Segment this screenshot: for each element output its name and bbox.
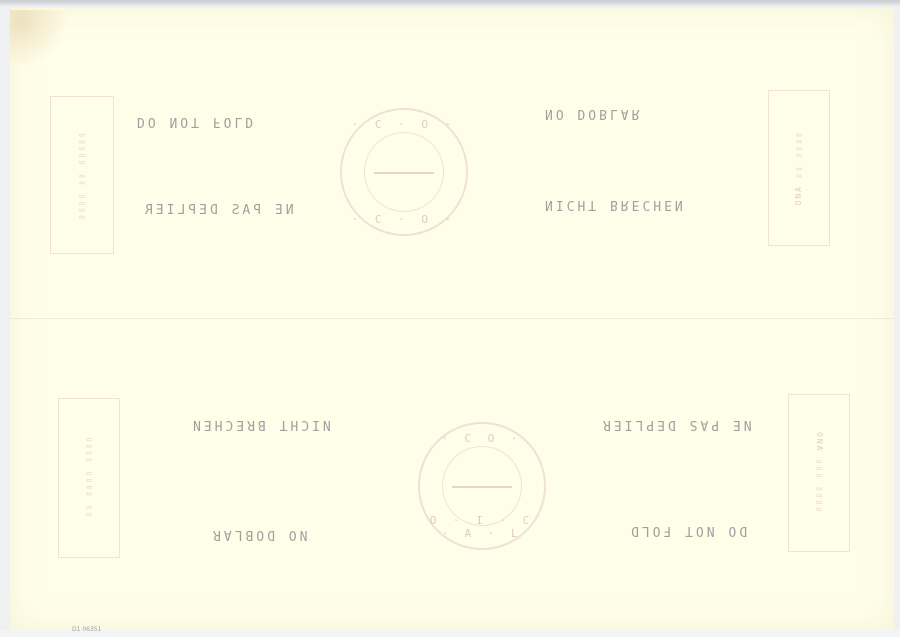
- label-text: ▯▯▯▯ ▯▯▯▯ ▯▯: [82, 437, 96, 519]
- postal-seal-bottom: · C O · O · I · C · A · L: [418, 422, 546, 550]
- instruction-nicht-brechen: NICHT BRECHEN: [545, 197, 686, 212]
- instruction-no-doblar: NO DOBLAR: [545, 106, 642, 121]
- seal-ring-text: · C · O ·: [342, 213, 466, 226]
- instruction-ne-pas-deplier-rotated: NE PAS DEPLIER: [600, 417, 752, 432]
- label-text: ONA ▯▯▯ ▯▯▯▯: [812, 432, 826, 514]
- label-box-bottom-right: ONA ▯▯▯ ▯▯▯▯: [788, 394, 850, 552]
- fold-line: [10, 318, 894, 319]
- instruction-do-not-fold-rotated: DO NOT FOLD: [628, 523, 747, 538]
- seal-ring-text: · C · O ·: [342, 118, 466, 131]
- scan-edge-top: [0, 0, 900, 6]
- scan-edge-bottom: [0, 630, 900, 637]
- instruction-no-doblar-rotated: NO DOBLAR: [210, 527, 307, 542]
- corner-stain: [10, 10, 70, 65]
- label-box-top-right: ONA ▯▯ ▯▯▯▯: [768, 90, 830, 246]
- label-box-top-left: ▯▯▯▯ ▯▯ ▯▯▯▯▯: [50, 96, 114, 254]
- seal-ring-text: O · I · C · A · L: [420, 514, 544, 540]
- label-text: ▯▯▯▯ ▯▯ ▯▯▯▯▯: [75, 131, 89, 220]
- seal-bar: [452, 486, 512, 488]
- reference-number: D1 06351: [72, 626, 101, 633]
- instruction-ne-pas-deplier: NE PAS DEPLIER: [142, 203, 294, 218]
- instruction-do-not-fold: DO NOT FOLD: [137, 114, 256, 129]
- seal-ring-text: · C O ·: [420, 432, 544, 445]
- label-text: ONA ▯▯ ▯▯▯▯: [792, 131, 806, 206]
- seal-bar: [374, 172, 434, 174]
- label-box-bottom-left: ▯▯▯▯ ▯▯▯▯ ▯▯: [58, 398, 120, 558]
- instruction-nicht-brechen-rotated: NICHT BRECHEN: [190, 417, 331, 432]
- postal-seal-top: · C · O · · C · O ·: [340, 108, 468, 236]
